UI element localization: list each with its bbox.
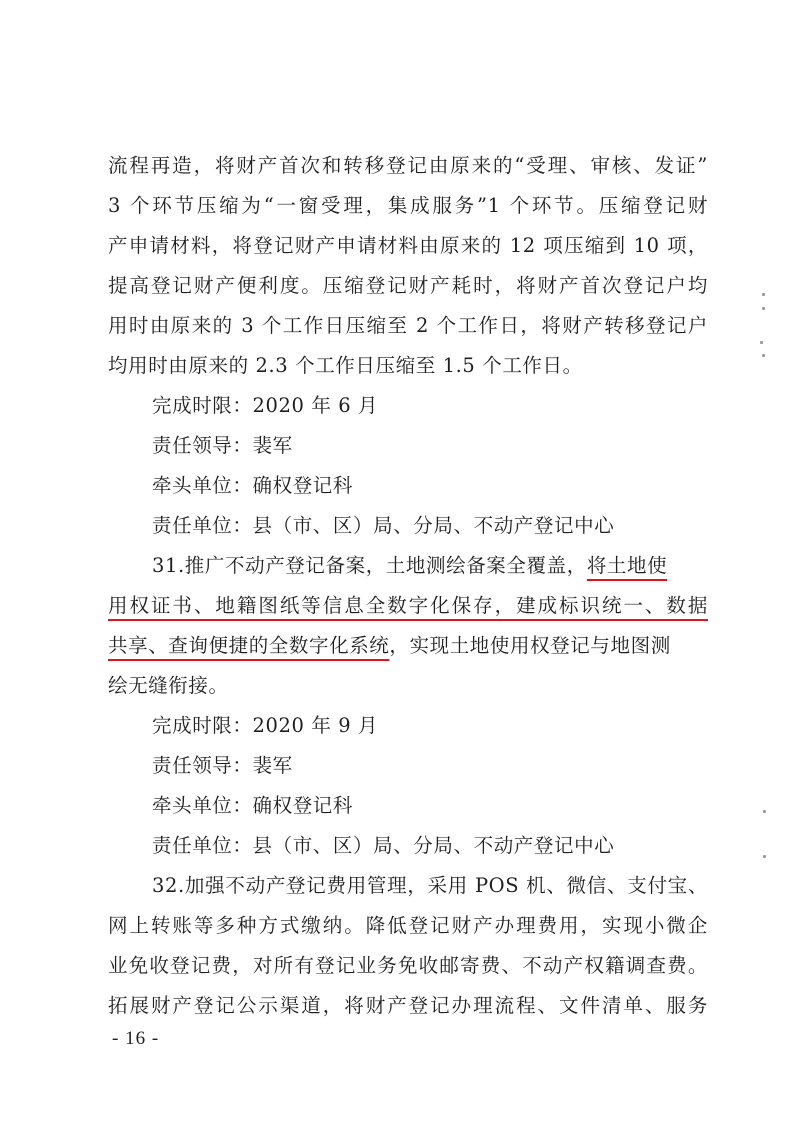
item-31-line-1: 31.推广不动产登记备案，土地测绘备案全覆盖，将土地使 bbox=[152, 553, 708, 579]
lead-unit-text: 牵头单位：确权登记科 bbox=[152, 473, 752, 499]
red-underlined-text: 将土地使 bbox=[587, 554, 667, 577]
paragraph-line: 提高登记财产便利度。压缩登记财产耗时，将财产首次登记户均 bbox=[108, 273, 708, 299]
leader-text: 责任领导：裴军 bbox=[152, 433, 752, 459]
item-31-line-3: 共享、查询便捷的全数字化系统，实现土地使用权登记与地图测 bbox=[108, 633, 708, 659]
deadline-text: 完成时限：2020 年 9 月 bbox=[152, 713, 752, 739]
item-32-line: 业免收登记费，对所有登记业务免收邮寄费、不动产权籍调查费。 bbox=[108, 953, 708, 979]
document-page: 流程再造，将财产首次和转移登记由原来的“受理、审核、发证” 3 个环节压缩为“一… bbox=[0, 0, 793, 1122]
scan-mark bbox=[762, 354, 765, 357]
leader-text: 责任领导：裴军 bbox=[152, 753, 752, 779]
lead-unit-text: 牵头单位：确权登记科 bbox=[152, 793, 752, 819]
paragraph-line: 均用时由原来的 2.3 个工作日压缩至 1.5 个工作日。 bbox=[108, 353, 708, 379]
item-31-text: 31.推广不动产登记备案，土地测绘备案全覆盖， bbox=[152, 554, 587, 577]
item-31-line-4: 绘无缝衔接。 bbox=[108, 673, 708, 699]
deadline-text: 完成时限：2020 年 6 月 bbox=[152, 393, 752, 419]
item-31-line-2: 用权证书、地籍图纸等信息全数字化保存，建成标识统一、数据 bbox=[108, 593, 708, 619]
scan-mark bbox=[763, 855, 766, 858]
item-32-line: 32.加强不动产登记费用管理，采用 POS 机、微信、支付宝、 bbox=[152, 873, 708, 899]
item-32-line: 拓展财产登记公示渠道，将财产登记办理流程、文件清单、服务 bbox=[108, 993, 708, 1019]
scan-mark bbox=[760, 341, 763, 344]
item-32-line: 网上转账等多种方式缴纳。降低登记财产办理费用，实现小微企 bbox=[108, 913, 708, 939]
paragraph-line: 用时由原来的 3 个工作日压缩至 2 个工作日，将财产转移登记户 bbox=[108, 313, 708, 339]
page-number: - 16 - bbox=[112, 1028, 159, 1050]
scan-mark bbox=[762, 307, 765, 310]
red-underlined-text: 共享、查询便捷的全数字化系统 bbox=[108, 634, 389, 657]
scan-mark bbox=[763, 810, 766, 813]
paragraph-line: 流程再造，将财产首次和转移登记由原来的“受理、审核、发证” bbox=[108, 153, 708, 179]
item-31-text: ，实现土地使用权登记与地图测 bbox=[389, 634, 670, 657]
paragraph-line: 3 个环节压缩为“一窗受理，集成服务”1 个环节。压缩登记财 bbox=[108, 193, 708, 219]
red-underlined-text: 用权证书、地籍图纸等信息全数字化保存，建成标识统一、数据 bbox=[108, 594, 708, 617]
responsible-units-text: 责任单位：县（市、区）局、分局、不动产登记中心 bbox=[152, 513, 752, 539]
paragraph-line: 产申请材料，将登记财产申请材料由原来的 12 项压缩到 10 项， bbox=[108, 233, 708, 259]
responsible-units-text: 责任单位：县（市、区）局、分局、不动产登记中心 bbox=[152, 833, 752, 859]
scan-mark bbox=[762, 293, 765, 296]
